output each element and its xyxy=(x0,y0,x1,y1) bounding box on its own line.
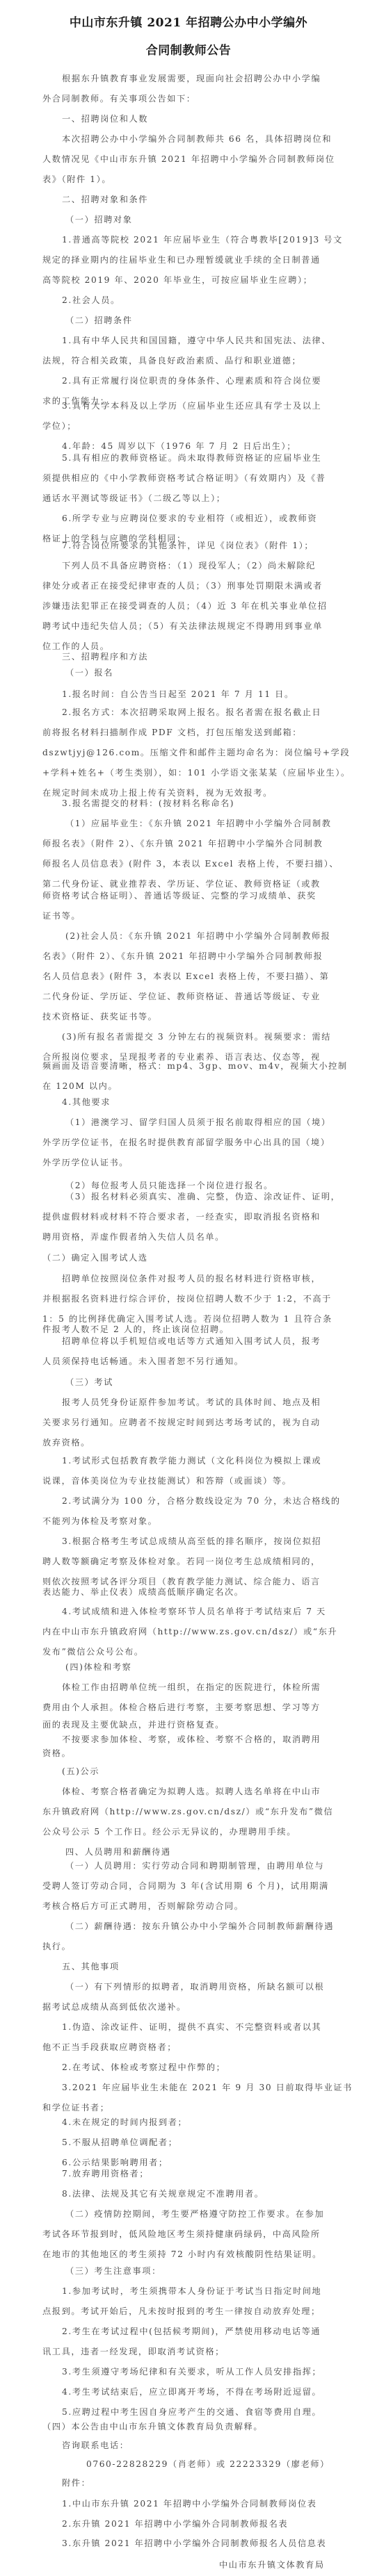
body-text-line: 位工作的人员。 xyxy=(42,641,110,652)
body-text-line: 5.应聘过程中考生因自身应考产生的交通、食宿等费用自理。 xyxy=(62,2406,321,2418)
body-text-line: 学位）； xyxy=(42,420,77,432)
body-text-line: 报考人员凭身份证原件参加考试。考试的具体时间、地点及相 xyxy=(62,1397,321,1408)
body-text-line: 5.不服从招聘单位调配者； xyxy=(62,2137,178,2148)
body-text-line: 2.东升镇 2021 年招聘中小学编外合同制教师报名表 xyxy=(62,2518,288,2529)
body-text-line: 6.所学专业与应聘岗位要求的专业相符（或相近），或教师资 xyxy=(62,513,317,524)
body-text-line: 执行。 xyxy=(42,1941,71,1952)
body-text-line: 点报到。考试开始后，凡未按时报到的考生一律按自动放弃处理； xyxy=(42,2306,321,2317)
body-text-line: 名人员信息表》(附件 3，本表以 Excel 表格上传，不要扫描）、第 xyxy=(42,971,329,982)
body-text-line: 6.公示结果影响聘用者； xyxy=(62,2157,168,2168)
body-text-line: 外学历学位证书，在报名时提供教育部留学服务中心出具的国（境） xyxy=(42,1137,330,1148)
body-text-line: 2.考试满分为 100 分，合格分数线设定为 70 分，未达合格线的 xyxy=(62,1495,341,1507)
body-text-line: 名表》（附件 2）、《东升镇 2021 年招聘中小学编外合同制教师报 xyxy=(42,951,323,962)
body-text-line: 1.报名时间：自公告当日起至 2021 年 7 月 11 日。 xyxy=(62,689,294,700)
body-text-line: 体检工作由招聘单位统一组织，在指定的医院进行，体检所需 xyxy=(62,1682,321,1693)
body-text-line: 2.社会人员。 xyxy=(62,295,120,306)
body-text-line: （2）每位报考人员只能选择一个岗位进行报名。 xyxy=(65,1180,273,1191)
body-text-line: 外合同制教师。有关事项公告如下： xyxy=(42,93,196,104)
body-text-line: 不能列为体检及考察对象。 xyxy=(42,1516,157,1527)
body-text-line: （三）考生注意事项： xyxy=(65,2265,161,2276)
body-text-line: （1）应届毕业生：《东升镇 2021 年招聘中小学编外合同制教 xyxy=(65,818,332,829)
body-text-line: （二）招聘条件 xyxy=(65,315,133,326)
body-text-line: （二）确定入围考试人选 xyxy=(42,1252,148,1263)
document-title-line-1: 中山市东升镇 2021 年招聘公办中小学编外 xyxy=(0,13,377,30)
body-text-line: 据考试总成绩从高到低依次递补。 xyxy=(42,2001,186,2012)
body-text-line: dszwtjyj@126.com。压缩文件和邮件主题均命名为：岗位编号+学段 xyxy=(42,747,350,758)
body-text-line: （二）疫情防控期间，考生要严格遵守防控工作要求。在参加 xyxy=(65,2208,324,2220)
body-text-line: 3.考生须遵守考场纪律和有关要求，听从工作人员安排指挥； xyxy=(62,2366,321,2377)
body-text-line: +学科+姓名+（考生类别），如：101 小学语文张某某（应届毕业生）。 xyxy=(42,767,351,778)
body-text-line: 在 120M 以内。 xyxy=(42,1081,118,1092)
body-text-line: 1.普通高等院校 2021 年应届毕业生（符合粤教毕[2019]3 号文 xyxy=(62,234,343,245)
body-text-line: 资格。 xyxy=(42,1748,71,1759)
body-text-line: （一）报名 xyxy=(65,667,113,678)
body-text-line: 放弃资格。 xyxy=(42,1437,90,1448)
body-text-line: 五、其他事项 xyxy=(62,1961,120,1972)
body-text-line: 外学历学位认证书。 xyxy=(42,1157,129,1168)
body-text-line: 体检、考察合格者确定为拟聘人选。拟聘人选名单将在中山市 xyxy=(62,1786,321,1797)
body-text-line: 4.考试成绩和进入体检考察环节人员名单将于考试结束后 7 天 xyxy=(62,1606,326,1617)
body-text-line: 通话水平测试等级证书》（二级乙等以上）； xyxy=(42,493,226,504)
body-text-line: 关要求另行通知。应聘者不按规定时间到达考场考试的，视为自动 xyxy=(42,1417,321,1428)
body-text-line: 规定的择业期内的往届毕业生和已办理暂缓就业手续的全日制普通 xyxy=(42,254,321,265)
body-text-line: 3.报名需提交的材料：(按材料名称命名) xyxy=(62,798,234,809)
body-text-line: 师报名人员信息表》(附件 3，本表以 Excel 表格上传，不要扫描）、 xyxy=(42,858,339,869)
body-text-line: 涉嫌违法犯罪正在接受调查的人员；（4）近 3 年在机关事业单位招 xyxy=(42,600,328,612)
body-text-line: 7.符合岗位所要求的其他条件，详见《岗位表》（附件 1）； xyxy=(62,540,314,551)
body-text-line: 律处分或者正在接受纪律审查的人员；（3）刑事处罚期限未满或者 xyxy=(42,580,323,591)
body-text-line: (四)体检和考察 xyxy=(65,1662,131,1673)
body-text-line: 1.具有中华人民共和国国籍，遵守中华人民共和国宪法、法律、 xyxy=(62,335,331,346)
body-text-line: 2.报名方式：本次招聘采取网上报名。报名者需在报名截止日 xyxy=(62,707,321,718)
body-text-line: （3）报名材料必须真实、准确、完整，伪造、涂改证件、证明， xyxy=(65,1191,340,1202)
body-text-line: 发布”微信公众号公布。 xyxy=(42,1646,144,1657)
body-text-line: 公众号公示 5 个工作日。经公示无异议的，办理聘用手续。 xyxy=(42,1826,296,1837)
body-text-line: 并根据报名资料进行综合评价，按岗位招聘人数不少于 1:2，不高于 xyxy=(42,1293,332,1304)
body-text-line: 在规定时间未成功上报上传有关资料，视为无效报考。 xyxy=(42,787,273,798)
body-text-line: 说课，音体美岗位为专业技能测试）和答辩（或面谈）等。 xyxy=(42,1475,291,1486)
body-text-line: 本次招聘公办中小学编外合同制教师共 66 名，具体招聘岗位和 xyxy=(62,133,332,145)
body-text-line: 高等院校 2019 年、2020 年毕业生，可按应届毕业生应聘）； xyxy=(42,274,312,286)
body-text-line: (2)社会人员：《东升镇 2021 年招聘中小学编外合同制教师报 xyxy=(65,930,330,942)
body-text-line: (五)公示 xyxy=(62,1766,99,1777)
body-text-line: 聘考试中违纪失信人员；（5）有关法律法规规定不得聘用到事业单 xyxy=(42,621,323,632)
body-text-line: 1.中山市东升镇 2021 年招聘中小学编外合同制教师岗位表 xyxy=(62,2498,317,2509)
body-text-line: 费用由个人承担。体检合格后进行考察，主要考察思想、学习等方 xyxy=(42,1702,321,1713)
body-text-line: 三、招聘程序和方法 xyxy=(62,651,148,662)
body-text-line: 3.具有大学本科及以上学历（应届毕业生还应具有学士及以上 xyxy=(62,400,321,411)
body-text-line: 内在中山市东升镇政府网（http://www.zs.gov.cn/dsz/）或“… xyxy=(42,1626,337,1637)
body-text-line: 表》（附件 1）。 xyxy=(42,174,111,185)
body-text-line: 东升镇政府网（http://www.zs.gov.cn/dsz/）或“东升发布”… xyxy=(42,1806,333,1817)
body-text-line: 2.考生在考试过程中(包括候考期间)，严禁使用移动电话等通 xyxy=(62,2326,321,2337)
body-text-line: 在地市的其他地区的考生须持 72 小时内有效核酸阴性结果证明。 xyxy=(42,2249,322,2260)
body-text-line: 师资格考试合格证明）、普通话等级证、完整的学习成绩单、获奖 xyxy=(42,890,316,901)
body-text-line: 法规，符合相关政策，具备良好政治素质、品行和职业道德； xyxy=(42,355,301,366)
body-text-line: （一）有下列情形的拟聘者，取消聘用资格，所缺名额可以根 xyxy=(65,1981,324,1992)
body-text-line: 根据东升镇教育事业发展需要，现面向社会招聘公办中小学编 xyxy=(62,73,321,84)
body-text-line: 1.伪造、涂改证件、证明，提供不真实、不完整资料或者以其 xyxy=(62,2021,321,2033)
body-text-line: （二）薪酬待遇：按东升镇公办中小学编外合同制教师薪酬待遇 xyxy=(65,1921,334,1932)
body-text-line: 4.考生考试结束后，应立即离开考场，不得在考场附近逗留。 xyxy=(62,2386,321,2397)
body-text-line: 考试各环节报到时，低风险地区考生须持健康码绿码，中高风险所 xyxy=(42,2229,321,2240)
body-text-line: 4.年龄：45 周岁以下（1976 年 7 月 2 日后出生）； xyxy=(62,441,296,452)
body-text-line: 聘用资格，弄虚作假者纳入失信人员名单。 xyxy=(42,1231,225,1242)
body-text-line: 聘人数等额确定考察及体检对象。若同一岗位考生总成绩相同的， xyxy=(42,1556,321,1567)
body-text-line: 2.在考试、体检或考察过程中作弊的； xyxy=(62,2062,225,2073)
body-text-line: 提供虚假材料或材料不符合要求者，一经查实，即取消报名资格和 xyxy=(42,1211,321,1222)
body-text-line: 频画面及语音要清晰，格式：mp4、3gp、mov、m4v，视频大小控制 xyxy=(42,1060,348,1072)
document-title-line-2: 合同制教师公告 xyxy=(0,40,377,58)
body-text-line: 和学位证书者； xyxy=(42,2102,110,2113)
body-text-line: 1：5 的比例择优确定入围考试人选。若岗位招聘人数为 1 且符合条 xyxy=(42,1313,332,1324)
body-text-line: 前将报名材料扫描制作成 PDF 文档，打包压缩发送到邮箱： xyxy=(42,727,302,738)
body-text-line: 四、人员聘用和薪酬待遇 xyxy=(65,1846,171,1857)
body-text-line: 人数情况见《中山市东升镇 2021 年招聘中小学编外合同制教师岗位 xyxy=(42,154,335,165)
body-text-line: 技术资格证、获奖证书等。 xyxy=(42,1011,157,1022)
body-text-line: 则依次按照考试各评分项目（教育教学能力测试、综合能力、语言 xyxy=(42,1576,321,1587)
body-text-line: 0760-22828229（肖老师）或 22223329（廖老师） xyxy=(86,2459,330,2470)
body-text-line: 证书等。 xyxy=(42,910,81,921)
body-text-line: 考核合格后方可正式聘用，否则解除劳动合同。 xyxy=(42,1901,244,1912)
signature-issuer: 中山市东升镇文体教育局 xyxy=(219,2559,325,2570)
body-text-line: 师报名表》（附件 2）、《东升镇 2021 年招聘中小学编外合同制教 xyxy=(42,838,323,849)
body-text-line: （三）考试 xyxy=(65,1377,113,1388)
body-text-line: 二代身份证、学历证、学位证、教师资格证、普通话等级证、专业 xyxy=(42,991,321,1002)
body-text-line: 二、招聘对象和条件 xyxy=(62,194,148,205)
body-text-line: 3.2021 年应届毕业生未能在 2021 年 9 月 30 日前取得毕业证书 xyxy=(62,2082,353,2093)
body-text-line: （一）招聘对象 xyxy=(65,214,133,225)
body-text-line: 面的表现及主要优缺点，并进行资格复查。 xyxy=(42,1719,225,1730)
body-text-line: （1）港澳学习、留学归国人员须于报名前取得相应的国（境） xyxy=(65,1117,331,1128)
body-text-line: 4.其他要求 xyxy=(62,1097,111,1108)
body-text-line: 受聘人签订劳动合同，合同期为 3 年(含试用期 6 个月)，试用期满 xyxy=(42,1880,329,1892)
body-text-line: 1.参加考试时，考生须携带本人身份证于考试当日指定时间地 xyxy=(62,2286,321,2297)
body-text-line: 讯工具，违者一经发现，即取消考试资格； xyxy=(42,2346,225,2357)
body-text-line: 咨询联系电话： xyxy=(62,2440,129,2451)
body-text-line: 7.放弃聘用资格者； xyxy=(62,2168,149,2179)
body-text-line: 5.具有相应的教师资格证。尚未取得教师资格证的应届毕业生 xyxy=(62,452,321,463)
body-text-line: 件报考人数不足 2 人的，终止该岗位招聘。 xyxy=(42,1324,229,1335)
body-text-line: 4.未在规定的时间内报到者； xyxy=(62,2117,187,2128)
body-text-line: 表达能力、举止仪表）成绩高低顺序确定名次。 xyxy=(42,1586,244,1598)
body-text-line: 3.东升镇 2021 年招聘中小学编外合同制教师报名人员信息表 xyxy=(62,2538,326,2549)
body-text-line: (3)所有报名者需提交 3 分钟左右的视频资料。视频要求：需结 xyxy=(62,1031,331,1042)
body-text-line: 招聘单位将以手机短信或电话等方式通知入围考试人员，报考 xyxy=(62,1336,321,1347)
body-text-line: 下列人员不具备应聘资格：（1）现役军人；（2）尚未解除纪 xyxy=(62,560,316,571)
body-text-line: 2.具有正常履行岗位职责的身体条件、心理素质和符合岗位要 xyxy=(62,375,321,386)
body-text-line: 招聘单位按照岗位条件对报考人员的报名材料进行资格审核， xyxy=(62,1273,321,1284)
body-text-line: 附件： xyxy=(62,2477,90,2488)
body-text-line: 须提供相应的《中小学教师资格考试合格证明》（有效期内）及《普 xyxy=(42,473,326,484)
body-text-line: 第二代身份证、就业推荐表、学历证、学位证、教师资格证（或教 xyxy=(42,878,321,889)
body-text-line: 不按要求参加体检、考察，或体检、考察不合格的，取消聘用 xyxy=(62,1734,321,1745)
body-text-line: 8.法律、法规及其它有关规章规定不准聘用者。 xyxy=(62,2188,264,2199)
body-text-line: 一、招聘岗位和人数 xyxy=(62,113,148,124)
body-text-line: 他不正当手段获取应聘资格者； xyxy=(42,2042,177,2053)
body-text-line: 1.考试形式包括教育教学能力测试（文化科岗位为模拟上课或 xyxy=(62,1455,321,1466)
body-text-line: 3.根据合格考生考试总成绩从高至低的排名顺序，按岗位拟招 xyxy=(62,1536,321,1547)
body-text-line: 人员须保持电话畅通。未入围者恕不另行通知。 xyxy=(42,1356,244,1367)
body-text-line: （四）本公告由中山市东升镇文体教育局负责解释。 xyxy=(42,2421,263,2432)
body-text-line: （一）人员聘用：实行劳动合同和聘期制管理，由聘用单位与 xyxy=(65,1860,324,1871)
